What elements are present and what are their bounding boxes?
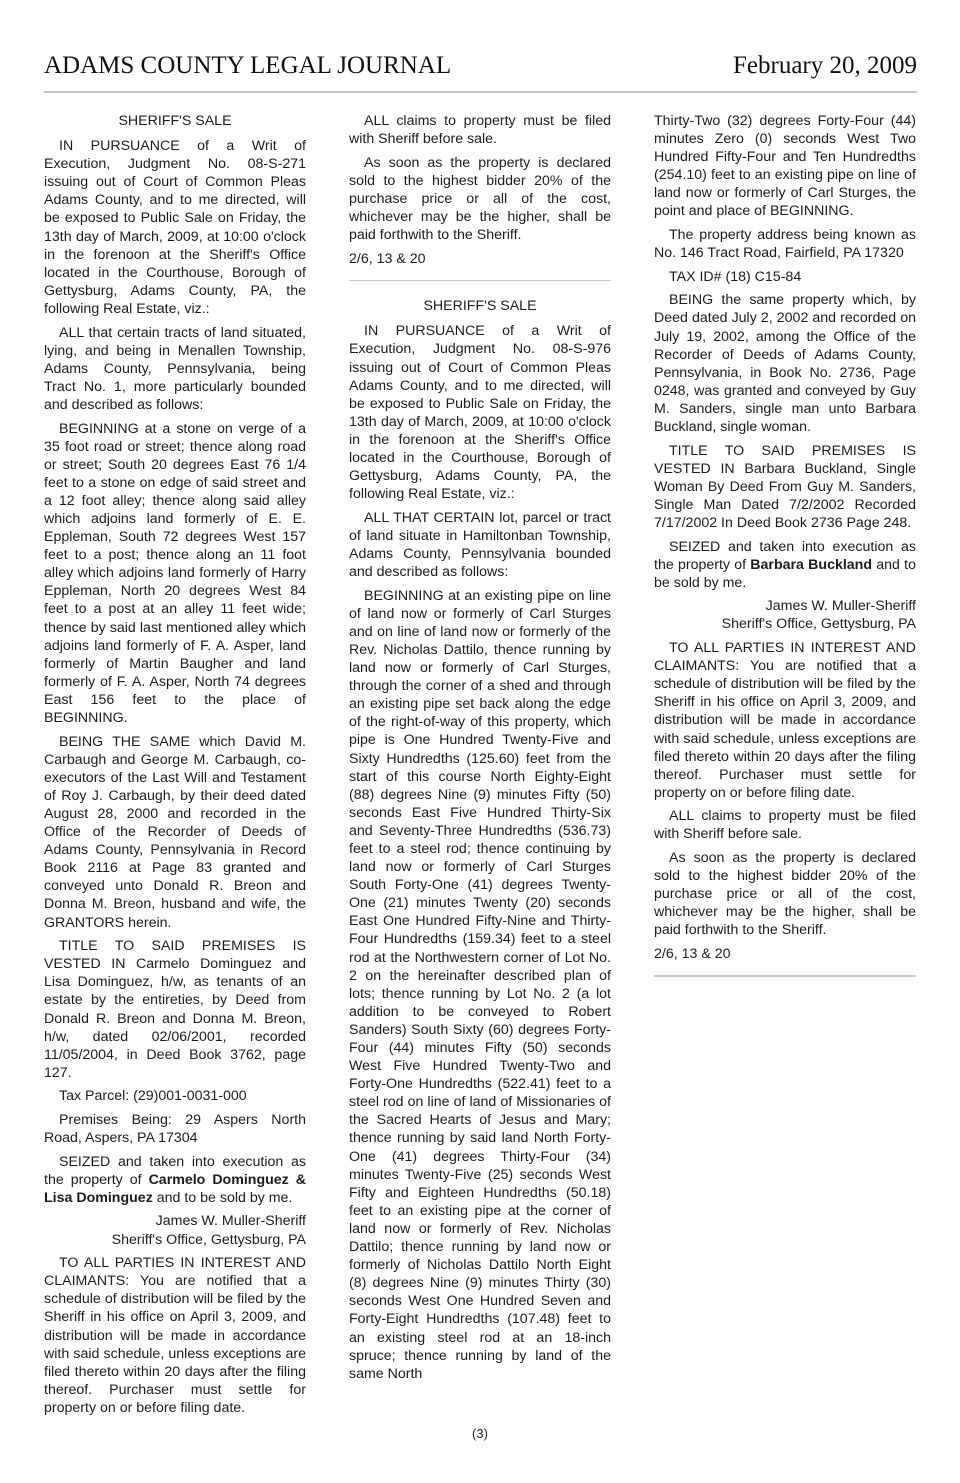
- sheriff-office: Sheriff's Office, Gettysburg, PA: [654, 615, 916, 633]
- payment-paragraph: As soon as the property is declared sold…: [654, 849, 916, 939]
- writ-paragraph: IN PURSUANCE of a Writ of Execution, Jud…: [349, 322, 611, 503]
- claims-paragraph: ALL claims to property must be filed wit…: [349, 112, 611, 148]
- being-same-paragraph: BEING the same property which, by Deed d…: [654, 291, 916, 436]
- column-2: ALL claims to property must be filed wit…: [349, 112, 611, 1388]
- title-vested-paragraph: TITLE TO SAID PREMISES IS VESTED IN Carm…: [44, 937, 306, 1082]
- writ-paragraph: IN PURSUANCE of a Writ of Execution, Jud…: [44, 137, 306, 318]
- page-number: (3): [0, 1426, 960, 1441]
- notice-divider: [349, 280, 611, 282]
- being-same-paragraph: BEING THE SAME which David M. Carbaugh a…: [44, 733, 306, 932]
- sheriff-signature: James W. Muller-Sheriff Sheriff's Office…: [44, 1212, 306, 1248]
- title-vested-paragraph: TITLE TO SAID PREMISES IS VESTED IN Barb…: [654, 442, 916, 532]
- description-paragraph: ALL THAT CERTAIN lot, parcel or tract of…: [349, 509, 611, 581]
- parties-paragraph: TO ALL PARTIES IN INTEREST AND CLAIMANTS…: [44, 1254, 306, 1417]
- sheriff-sale-notice-1: SHERIFF'S SALE IN PURSUANCE of a Writ of…: [44, 112, 306, 1417]
- boundary-paragraph: BEGINNING at a stone on verge of a 35 fo…: [44, 420, 306, 728]
- publication-run-dates: 2/6, 13 & 20: [349, 250, 611, 268]
- sheriff-name: James W. Muller-Sheriff: [44, 1212, 306, 1230]
- boundary-paragraph: BEGINNING at an existing pipe on line of…: [349, 587, 611, 1383]
- premises-address: Premises Being: 29 Aspers North Road, As…: [44, 1111, 306, 1147]
- publication-run-dates: 2/6, 13 & 20: [654, 945, 916, 963]
- property-address: The property address being known as No. …: [654, 226, 916, 262]
- notice-heading: SHERIFF'S SALE: [349, 297, 611, 315]
- defendant-name: Barbara Buckland: [750, 557, 872, 573]
- claims-paragraph: ALL claims to property must be filed wit…: [654, 807, 916, 843]
- description-paragraph: ALL that certain tracts of land situated…: [44, 324, 306, 414]
- issue-date: February 20, 2009: [733, 52, 917, 80]
- sheriff-name: James W. Muller-Sheriff: [654, 597, 916, 615]
- parties-paragraph: TO ALL PARTIES IN INTEREST AND CLAIMANTS…: [654, 639, 916, 802]
- column-1: SHERIFF'S SALE IN PURSUANCE of a Writ of…: [44, 112, 306, 1422]
- sheriff-sale-notice-2: SHERIFF'S SALE IN PURSUANCE of a Writ of…: [349, 297, 611, 1383]
- seized-text-end: and to be sold by me.: [153, 1190, 293, 1206]
- boundary-paragraph-continued: Thirty-Two (32) degrees Forty-Four (44) …: [654, 112, 916, 221]
- notice-heading: SHERIFF'S SALE: [44, 112, 306, 130]
- seized-paragraph: SEIZED and taken into execution as the p…: [44, 1153, 306, 1207]
- column-3: Thirty-Two (32) degrees Forty-Four (44) …: [654, 112, 916, 993]
- sheriff-office: Sheriff's Office, Gettysburg, PA: [44, 1231, 306, 1249]
- sheriff-signature: James W. Muller-Sheriff Sheriff's Office…: [654, 597, 916, 633]
- seized-paragraph: SEIZED and taken into execution as the p…: [654, 538, 916, 592]
- payment-paragraph: As soon as the property is declared sold…: [349, 154, 611, 244]
- publication-title: ADAMS COUNTY LEGAL JOURNAL: [44, 52, 451, 80]
- notice-divider: [654, 975, 916, 977]
- tax-parcel: Tax Parcel: (29)001-0031-000: [44, 1087, 306, 1105]
- masthead-bar: ADAMS COUNTY LEGAL JOURNAL February 20, …: [44, 52, 917, 92]
- masthead-divider: [44, 91, 917, 93]
- tax-id: TAX ID# (18) C15-84: [654, 268, 916, 286]
